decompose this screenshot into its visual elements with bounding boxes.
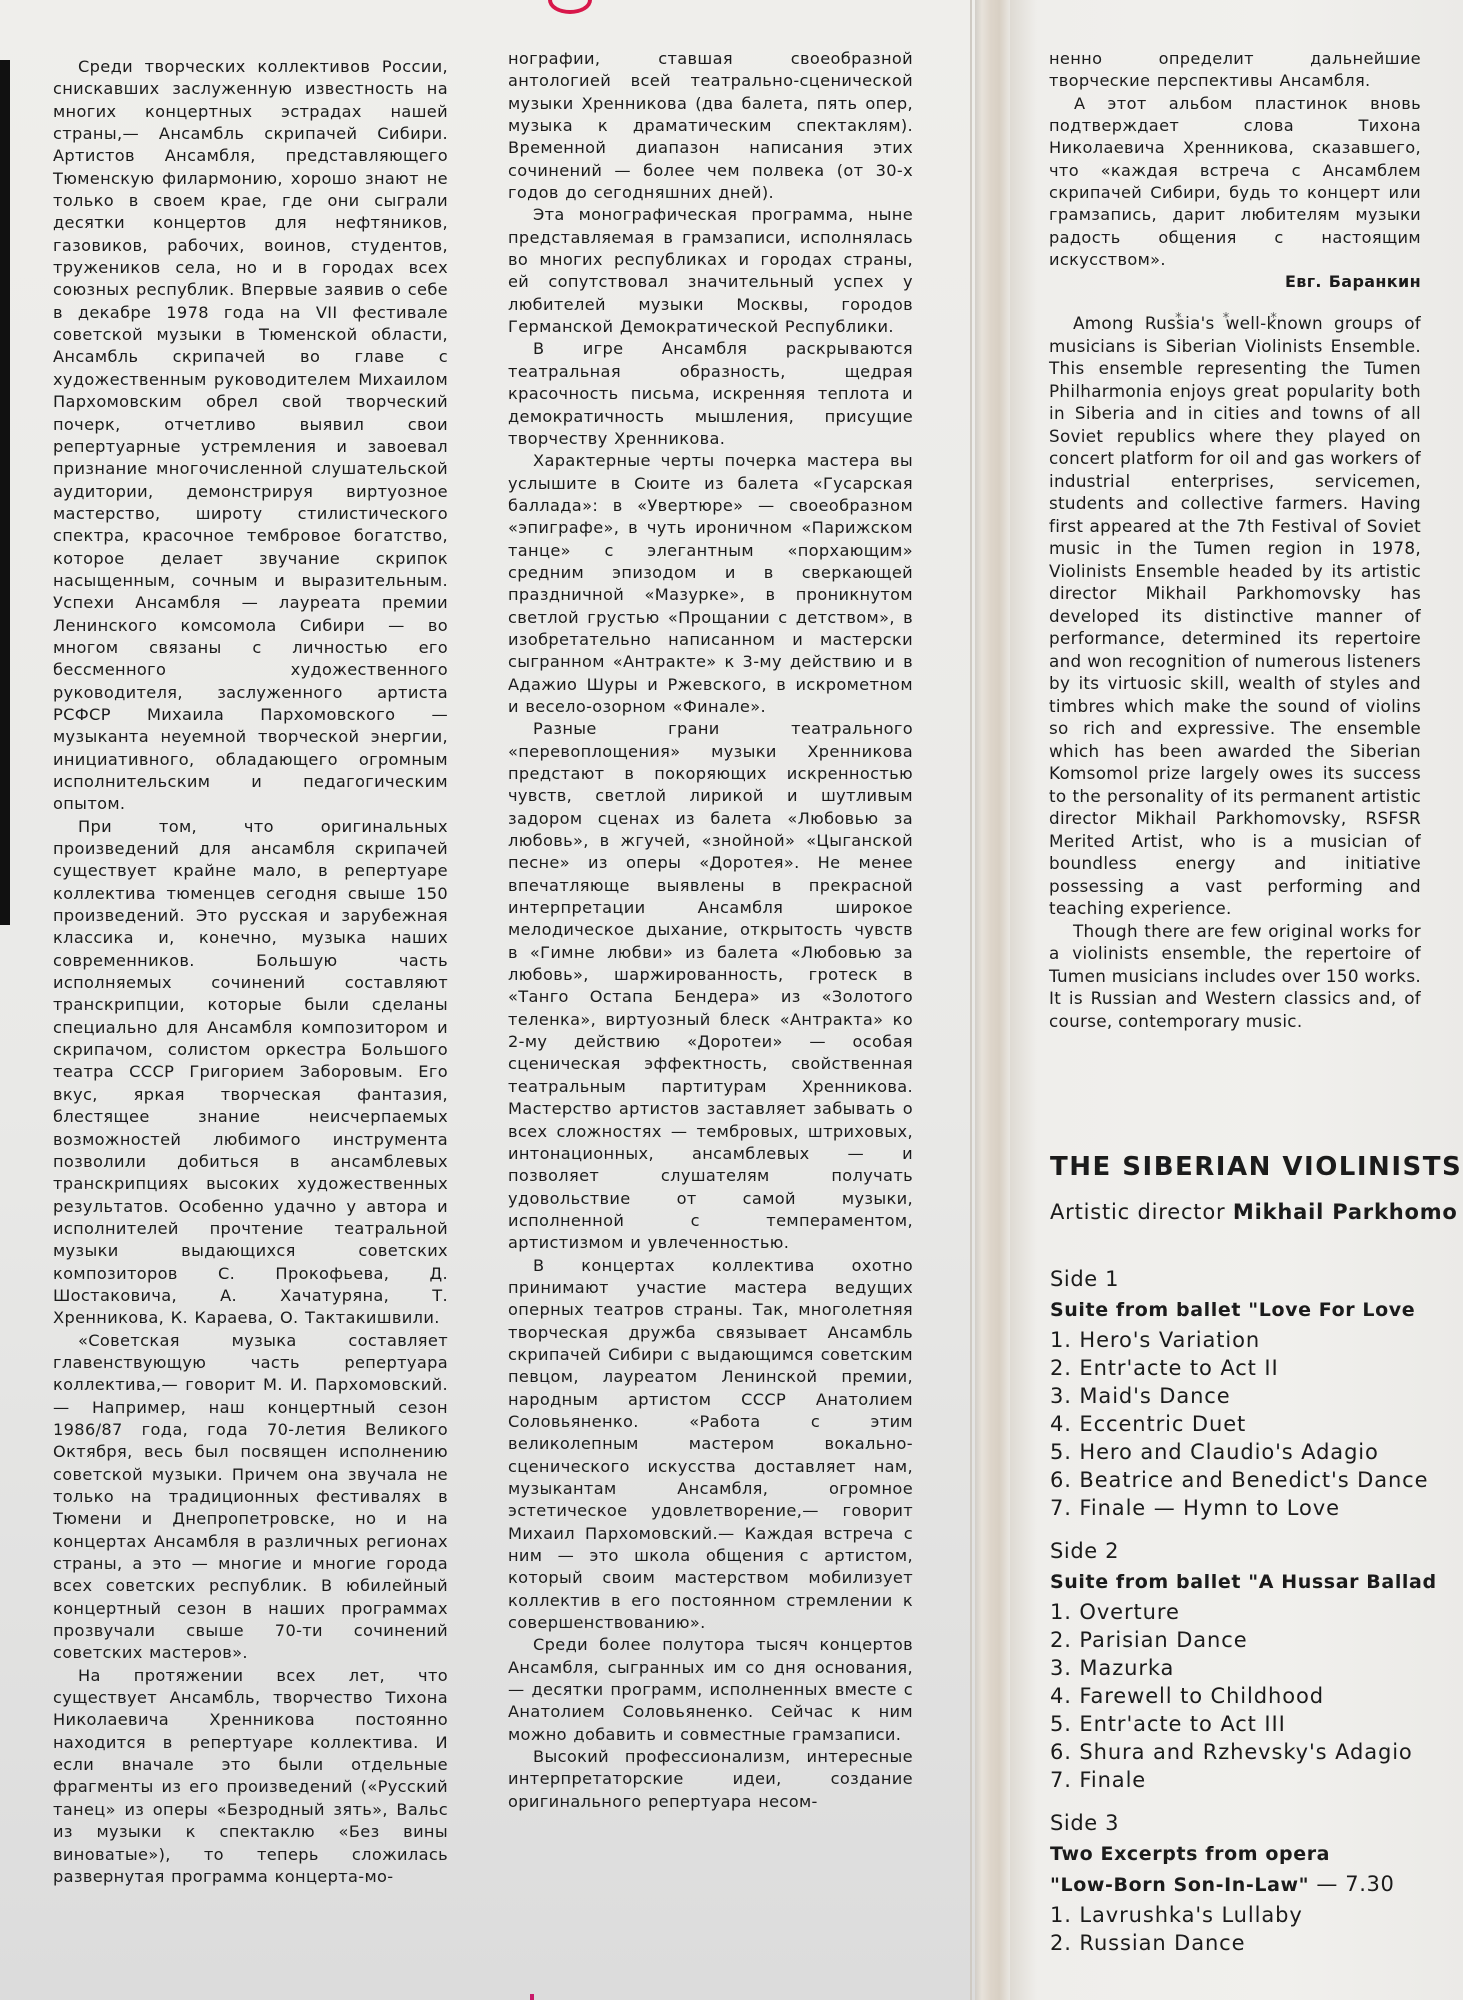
track-item: 3. Maid's Dance bbox=[1050, 1382, 1463, 1410]
track-item: 2. Entr'acte to Act II bbox=[1050, 1354, 1463, 1382]
track-item: 7. Finale — Hymn to Love bbox=[1050, 1494, 1463, 1522]
paragraph: Характерные черты почерка мастера вы усл… bbox=[508, 450, 913, 718]
album-spine bbox=[975, 0, 1010, 2000]
side-label: Side 2 bbox=[1050, 1536, 1463, 1566]
english-summary: Among Russia's well-known groups of musi… bbox=[1049, 312, 1421, 1032]
track-item: 6. Beatrice and Benedict's Dance bbox=[1050, 1466, 1463, 1494]
track-item: 5. Entr'acte to Act III bbox=[1050, 1710, 1463, 1738]
middle-text-column: нографии, ставшая своеобразной антологие… bbox=[508, 48, 913, 1813]
suite-title-line2: "Low-Born Son-In-Law" — 7.30 bbox=[1050, 1870, 1463, 1899]
track-item: 5. Hero and Claudio's Adagio bbox=[1050, 1438, 1463, 1466]
director-name: Mikhail Parkhomo bbox=[1233, 1200, 1458, 1224]
artistic-director: Artistic director Mikhail Parkhomo bbox=[1050, 1198, 1463, 1226]
paragraph: Разные грани театрального «перевоплощени… bbox=[508, 718, 913, 1254]
paragraph: Высокий профессионализм, интересные инте… bbox=[508, 1746, 913, 1813]
track-item: 2. Parisian Dance bbox=[1050, 1626, 1463, 1654]
track-item: 6. Shura and Rzhevsky's Adagio bbox=[1050, 1738, 1463, 1766]
ensemble-title: THE SIBERIAN VIOLINISTS bbox=[1050, 1150, 1463, 1184]
paragraph: Среди творческих коллективов России, сни… bbox=[53, 56, 448, 816]
paragraph: ненно определит дальнейшие творческие пе… bbox=[1049, 48, 1421, 93]
paragraph: При том, что оригинальных произведений д… bbox=[53, 816, 448, 1330]
track-item: 1. Overture bbox=[1050, 1598, 1463, 1626]
side-1: Side 1 Suite from ballet "Love For Love … bbox=[1050, 1264, 1463, 1522]
author-signature: Евг. Баранкин bbox=[1049, 271, 1421, 293]
paragraph: В игре Ансамбля раскрываются театральная… bbox=[508, 338, 913, 450]
suite-title: Suite from ballet "Love For Love bbox=[1050, 1296, 1463, 1324]
side-label: Side 1 bbox=[1050, 1264, 1463, 1294]
paragraph: «Советская музыка составляет главенствую… bbox=[53, 1330, 448, 1665]
pink-print-mark-bottom bbox=[530, 1994, 534, 2000]
suite-title: Suite from ballet "A Hussar Ballad bbox=[1050, 1568, 1463, 1596]
opera-title: "Low-Born Son-In-Law" bbox=[1050, 1874, 1309, 1896]
track-item: 1. Lavrushka's Lullaby bbox=[1050, 1901, 1463, 1929]
director-label: Artistic director bbox=[1050, 1200, 1225, 1224]
paragraph: Эта монографическая программа, ныне пред… bbox=[508, 204, 913, 338]
tracklist: THE SIBERIAN VIOLINISTS Artistic directo… bbox=[1050, 1150, 1463, 1971]
paragraph: Среди более полутора тысяч концертов Анс… bbox=[508, 1634, 913, 1746]
right-russian-column: ненно определит дальнейшие творческие пе… bbox=[1049, 48, 1421, 344]
side-2: Side 2 Suite from ballet "A Hussar Balla… bbox=[1050, 1536, 1463, 1794]
duration: — 7.30 bbox=[1316, 1872, 1394, 1896]
track-item: 4. Eccentric Duet bbox=[1050, 1410, 1463, 1438]
paragraph: В концертах коллектива охотно принимают … bbox=[508, 1255, 913, 1635]
suite-title: Two Excerpts from opera bbox=[1050, 1840, 1463, 1868]
paragraph: нографии, ставшая своеобразной антологие… bbox=[508, 48, 913, 204]
track-item: 4. Farewell to Childhood bbox=[1050, 1682, 1463, 1710]
black-edge-bar bbox=[0, 60, 10, 925]
paragraph: Among Russia's well-known groups of musi… bbox=[1049, 312, 1421, 920]
paragraph: А этот альбом пластинок вновь подтвержда… bbox=[1049, 93, 1421, 272]
side-3: Side 3 Two Excerpts from opera "Low-Born… bbox=[1050, 1808, 1463, 1957]
track-item: 3. Mazurka bbox=[1050, 1654, 1463, 1682]
track-item: 1. Hero's Variation bbox=[1050, 1326, 1463, 1354]
fold-crease bbox=[970, 0, 972, 2000]
track-item: 7. Finale bbox=[1050, 1766, 1463, 1794]
track-item: 2. Russian Dance bbox=[1050, 1929, 1463, 1957]
paragraph: Though there are few original works for … bbox=[1049, 920, 1421, 1033]
left-text-column: Среди творческих коллективов России, сни… bbox=[53, 56, 448, 1888]
paragraph: На протяжении всех лет, что существует А… bbox=[53, 1665, 448, 1888]
side-label: Side 3 bbox=[1050, 1808, 1463, 1838]
